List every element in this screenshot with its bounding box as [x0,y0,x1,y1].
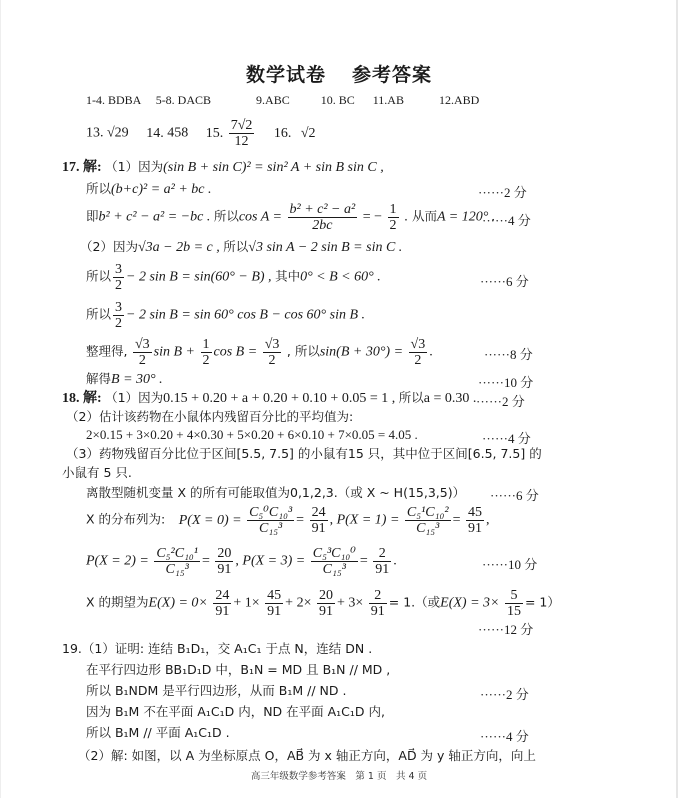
math: cos A = [239,210,282,225]
text: 所以 [214,209,239,224]
math: P(X = 3) = [242,554,305,569]
math: P(X = 0) = [179,513,242,528]
page-footer: 高三年级数学参考答案 第 1 页 共 4 页 [0,768,678,782]
score-mark: ······10 分 [478,372,533,391]
q18-distribution-row-2: P(X = 2) = C₅²C₁₀¹C₁₅³= 2091, P(X = 3) =… [86,546,397,577]
fill-number: 13. [86,126,104,141]
fill-answers-row: 13. √29 14. 458 15. 7√212 16. √2 [86,118,316,149]
math: − 2 sin B = sin 60° cos B − cos 60° sin … [126,308,365,323]
text: 整理得, [86,344,127,359]
math: √3 sin A − 2 sin B = sin C . [248,240,402,255]
q18-expectation: X 的期望为E(X) = 0× 2491+ 1× 4591+ 2× 2091+ … [86,588,560,619]
fraction: C₅¹C₁₀²C₁₅³ [405,505,451,536]
fraction: C₅⁰C₁₀³C₁₅³ [247,505,294,536]
choice-answer: 10. BC [321,93,355,107]
text: 所以 [86,269,111,284]
fill-answer: 458 [167,126,188,141]
text: （2）因为 [80,239,138,254]
score-mark: ······4 分 [482,210,531,229]
fraction: 12 [388,202,399,233]
fill-answer-fraction: 7√212 [229,118,255,149]
text: X 的分布列为: [86,512,165,527]
score-mark: ······4 分 [480,726,529,745]
text: （1）因为 [105,390,163,405]
q17-line-3: 即b² + c² − a² = −bc . 所以cos A = b² + c² … [86,202,495,233]
q17-line-6: 所以32− 2 sin B = sin 60° cos B − cos 60° … [86,300,365,331]
fill-number: 16. [274,126,292,141]
fraction: 291 [369,588,387,619]
fraction: 2491 [310,505,328,536]
title-subject: 数学试卷 [246,64,326,86]
math: b² + c² − a² = −bc . [99,210,211,225]
q19-line-2: 在平行四边形 BB₁D₁D 中，B₁N = MD 且 B₁N // MD , [86,661,390,679]
math: a = 0.30 . [424,391,477,406]
math: (sin B + sin C)² = sin² A + sin B sin C … [163,160,384,175]
math: cos B = [214,345,258,360]
page-title: 数学试卷参考答案 [0,60,678,87]
score-mark: ······2 分 [480,684,529,703]
q18-line-6: 离散型随机变量 X 的所有可能取值为0,1,2,3.（或 X ~ H(15,3,… [86,484,465,502]
score-mark: ······2 分 [478,182,527,201]
math: 0.15 + 0.20 + a + 0.20 + 0.10 + 0.05 = 1… [163,391,395,406]
fraction: 291 [373,546,391,577]
math: √3a − 2b = c , [138,240,220,255]
fraction: 515 [505,588,523,619]
fraction: 32 [113,300,124,331]
text: , 所以 [287,344,320,359]
text: 即 [86,209,99,224]
q17-line-2: 所以(b+c)² = a² + bc . [86,180,212,199]
q17-line-5: 所以32− 2 sin B = sin(60° − B) , 其中0° < B … [86,262,381,293]
text: 所以 [223,239,248,254]
q18-distribution-row-1: X 的分布列为: P(X = 0) = C₅⁰C₁₀³C₁₅³= 2491, P… [86,505,489,536]
page-edge-left [0,0,1,798]
score-mark: ······2 分 [476,391,525,410]
fill-number: 14. [146,126,164,141]
q17-line-8: 解得B = 30° . [86,370,163,389]
fraction: C₅³C₁₀⁰C₁₅³ [311,546,358,577]
fraction: C₅²C₁₀¹C₁₅³ [154,546,200,577]
fraction: √32 [133,337,152,368]
fraction: 4591 [265,588,283,619]
question-heading: 17. 解: [62,160,102,175]
score-mark: ······6 分 [480,271,529,290]
q19-line-1: 19.（1）证明: 连结 B₁D₁，交 A₁C₁ 于点 N，连结 DN . [62,640,372,658]
text: 其中 [275,269,300,284]
fraction: 2091 [215,546,233,577]
fill-answer: √2 [301,126,316,141]
q17-line-7: 整理得, √32sin B + 12cos B = √32 , 所以sin(B … [86,337,433,368]
fraction: √32 [409,337,428,368]
q19-line-4: 因为 B₁M 不在平面 A₁C₁D 内，ND 在平面 A₁C₁D 内, [86,703,385,721]
choice-answer: 12.ABD [439,93,479,107]
choice-answer: 9.ABC [256,93,290,107]
fill-answer: √29 [107,126,129,141]
score-mark: ······6 分 [490,485,539,504]
text: （1）因为 [105,159,163,174]
math: B = 30° . [111,372,163,387]
question-heading: 18. 解: [62,391,102,406]
q19-line-5: 所以 B₁M // 平面 A₁C₁D . [86,724,230,742]
text: 解得 [86,371,111,386]
text: . 从而 [404,209,437,224]
choice-answer: 11.AB [373,93,404,107]
fraction: 12 [201,337,212,368]
text: 所以 [399,390,424,405]
q18-line-4: （3）药物残留百分比位于区间[5.5, 7.5] 的小鼠有15 只，其中位于区间… [66,445,542,463]
math: sin(B + 30°) = [320,345,403,360]
math: sin B + [154,345,195,360]
text: 所以 [86,307,111,322]
choice-answer: 1-4. BDBA [86,93,141,107]
score-mark: ······12 分 [478,619,533,638]
fraction: 2091 [317,588,335,619]
q19-line-3: 所以 B₁NDM 是平行四边形，从而 B₁M // ND . [86,682,346,700]
math: P(X = 2) = [86,554,149,569]
choice-answer: 5-8. DACB [156,93,211,107]
q19-line-6: （2）解: 如图，以 A 为坐标原点 O，AB⃗ 为 x 轴正方向，AD⃗ 为 … [78,747,536,765]
q18-line-1: 18. 解: （1）因为0.15 + 0.20 + a + 0.20 + 0.1… [62,389,476,408]
fraction: b² + c² − a²2bc [288,202,358,233]
fill-number: 15. [206,126,224,141]
text: 所以 [86,181,111,196]
fraction: 2491 [213,588,231,619]
math: = − [363,210,382,225]
math: (b+c)² = a² + bc . [111,182,212,197]
fraction: √32 [263,337,282,368]
text: X 的期望为 [86,595,149,610]
choice-answers-row: 1-4. BDBA 5-8. DACB 9.ABC 10. BC 11.AB 1… [86,91,479,109]
q17-line-4: （2）因为√3a − 2b = c , 所以√3 sin A − 2 sin B… [80,238,402,257]
q17-line-1: 17. 解: （1）因为(sin B + sin C)² = sin² A + … [62,158,384,177]
title-answer-key: 参考答案 [352,64,432,86]
q18-line-3: 2×0.15 + 3×0.20 + 4×0.30 + 5×0.20 + 6×0.… [86,426,418,444]
score-mark: ······10 分 [482,554,537,573]
q18-line-2: （2）估计该药物在小鼠体内残留百分比的平均值为: [66,408,353,426]
fraction: 4591 [466,505,484,536]
math: 0° < B < 60° . [300,270,381,285]
math: − 2 sin B = sin(60° − B) , [126,270,272,285]
math: P(X = 1) = [337,513,400,528]
math: E(X) = 0× [149,596,208,611]
fraction: 32 [113,262,124,293]
q18-line-5: 小鼠有 5 只. [62,464,132,482]
score-mark: ······8 分 [484,344,533,363]
